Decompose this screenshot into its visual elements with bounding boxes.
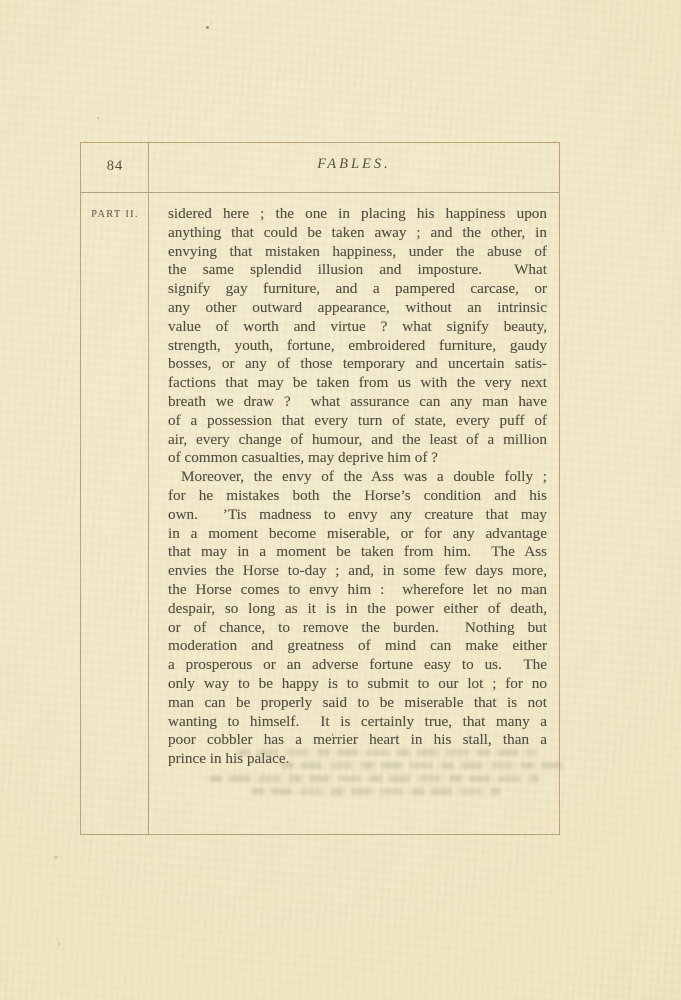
text-line: envying that mistaken happiness, under t… xyxy=(168,243,547,262)
running-header: FABLES. xyxy=(149,156,559,173)
bleed-through-line xyxy=(251,788,501,795)
text-line: sidered here ; the one in placing his ha… xyxy=(168,205,547,224)
text-line: that may in a moment be taken from him. … xyxy=(168,543,547,562)
bleed-through-line xyxy=(281,762,566,769)
body-text: sidered here ; the one in placing his ha… xyxy=(168,205,547,769)
text-line: of common casualties, may deprive him of… xyxy=(168,449,547,468)
text-line: poor cobbler has a merrier heart in his … xyxy=(168,731,547,750)
ink-speck xyxy=(97,117,99,119)
text-line: air, every change of humour, and the lea… xyxy=(168,431,547,450)
text-line: despair, so long as it is in the power e… xyxy=(168,600,547,619)
text-line: signify gay furniture, and a pampered ca… xyxy=(168,280,547,299)
text-line: anything that could be taken away ; and … xyxy=(168,224,547,243)
text-line: of a possession that every turn of state… xyxy=(168,412,547,431)
text-line: bosses, or any of those temporary and un… xyxy=(168,355,547,374)
text-line: a prosperous or an adverse fortune easy … xyxy=(168,656,547,675)
paragraph-moreover: Moreover, the envy of the Ass was a doub… xyxy=(168,468,547,769)
text-line: in a moment become miserable, or for any… xyxy=(168,525,547,544)
bleed-through-line xyxy=(237,749,537,756)
paragraph-continuation: sidered here ; the one in placing his ha… xyxy=(168,205,547,468)
text-line: wanting to himself. It is certainly true… xyxy=(168,713,547,732)
text-line: Moreover, the envy of the Ass was a doub… xyxy=(168,468,547,487)
page-frame: 84 FABLES. PART II. sidered here ; the o… xyxy=(80,142,560,835)
text-line: strength, youth, fortune, embroidered fu… xyxy=(168,337,547,356)
bleed-through-text xyxy=(199,749,551,801)
text-line: breath we draw ? what assurance can any … xyxy=(168,393,547,412)
text-line: envies the Horse to-day ; and, in some f… xyxy=(168,562,547,581)
text-line: man can be properly said to be miserable… xyxy=(168,694,547,713)
ink-speck xyxy=(206,26,209,29)
part-label: PART II. xyxy=(81,209,149,220)
ink-speck xyxy=(54,856,58,859)
text-line: factions that may be taken from us with … xyxy=(168,374,547,393)
text-line: value of worth and virtue ? what signify… xyxy=(168,318,547,337)
text-line: any other outward appearance, without an… xyxy=(168,299,547,318)
bleed-through-line xyxy=(209,775,539,782)
text-line: only way to be happy is to submit to our… xyxy=(168,675,547,694)
text-line: or of chance, to remove the burden. Noth… xyxy=(168,619,547,638)
header-rule xyxy=(81,192,559,193)
scanned-page: 84 FABLES. PART II. sidered here ; the o… xyxy=(0,0,681,1000)
page-number: 84 xyxy=(81,158,149,175)
margin-rule xyxy=(148,143,149,834)
text-line: the Horse comes to envy him : wherefore … xyxy=(168,581,547,600)
text-line: moderation and greatness of mind can mak… xyxy=(168,637,547,656)
text-line: the same splendid illusion and imposture… xyxy=(168,261,547,280)
text-line: own. ’Tis madness to envy any creature t… xyxy=(168,506,547,525)
text-line: for he mistakes both the Horse’s conditi… xyxy=(168,487,547,506)
ink-speck xyxy=(58,943,60,945)
